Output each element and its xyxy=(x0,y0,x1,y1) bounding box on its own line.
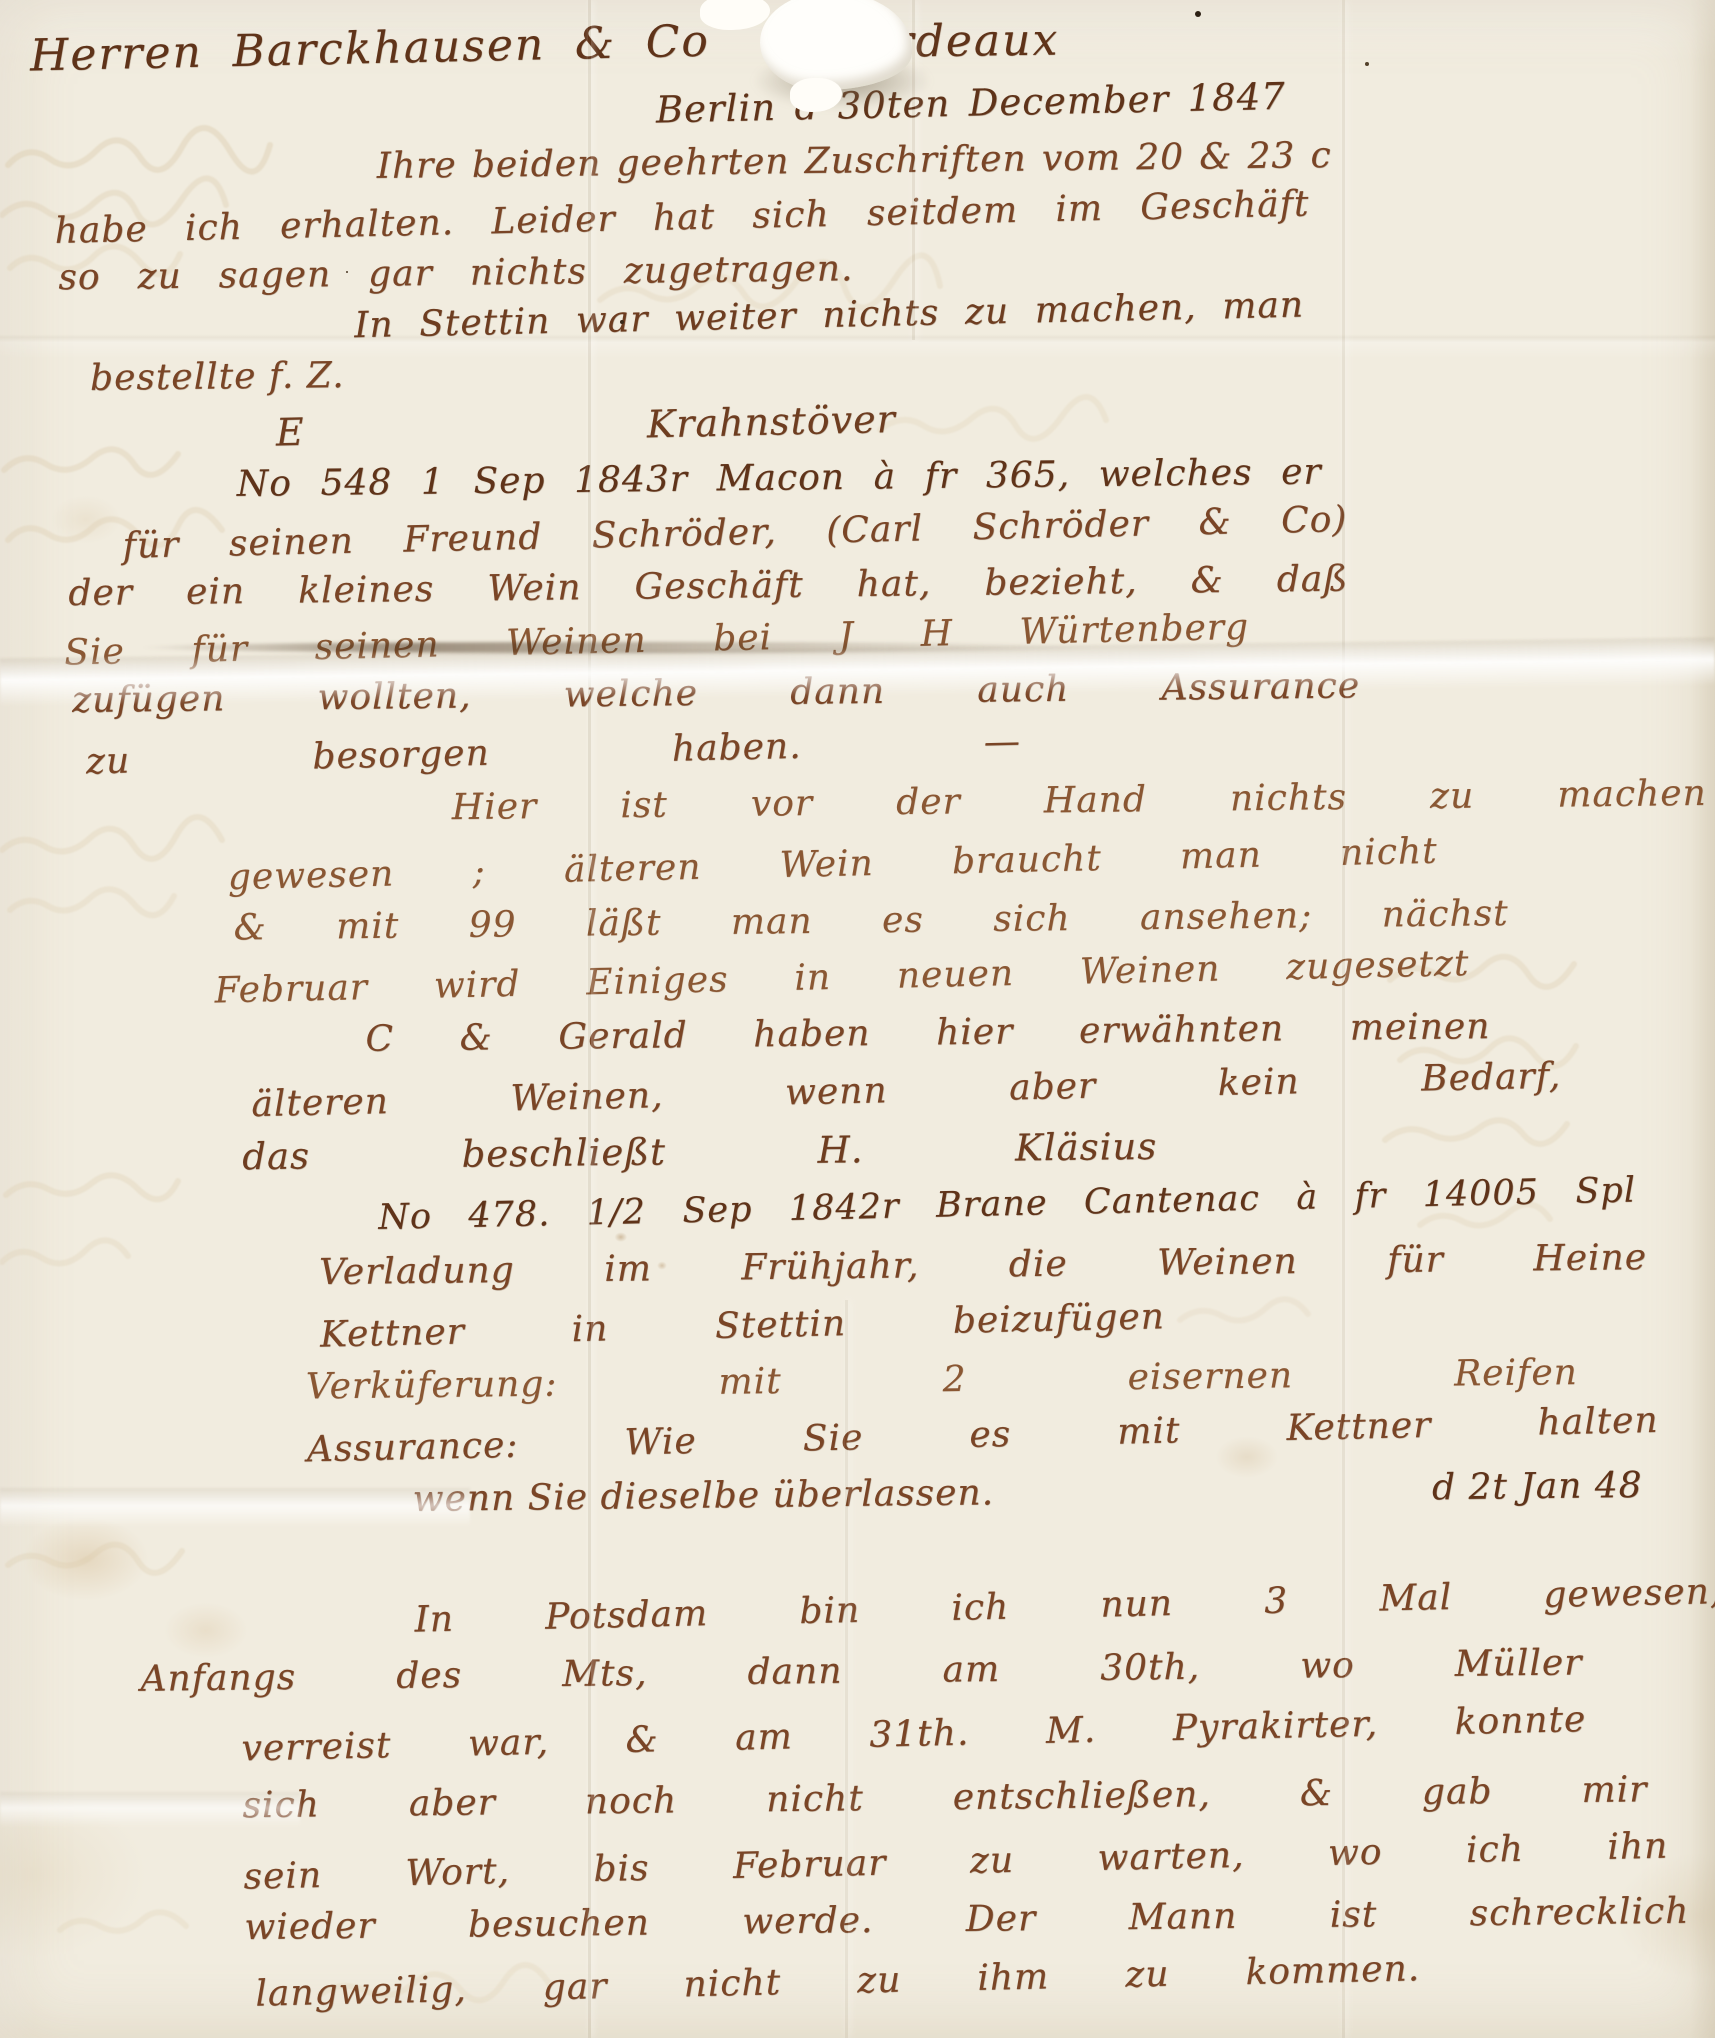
letter-line: älteren Weinen, wenn aber kein Bedarf, xyxy=(251,1055,1562,1132)
paper-hole xyxy=(760,0,912,90)
letter-line: No 478. 1/2 Sep 1842r Brane Cantenac à f… xyxy=(378,1170,1637,1245)
letter-line: das beschließt H. Kläsius xyxy=(242,1126,1157,1184)
ink-speck xyxy=(620,320,624,324)
letter-line: Anfangs des Mts, dann am 30th, wo Müller xyxy=(140,1642,1582,1706)
letter-line-with-date: wenn Sie dieselbe überlassen. d 2t Jan 4… xyxy=(412,1465,1642,1527)
letter-scan-page: Herren Barckhausen & Co Bordeaux Berlin … xyxy=(0,0,1715,2038)
letter-line: bestellte f. Z. xyxy=(90,355,361,406)
dateline: Berlin d 30ten December 1847 xyxy=(655,76,1286,138)
fold-crease-vertical xyxy=(588,0,591,2038)
letter-line: Kettner in Stettin beizufügen xyxy=(320,1296,1166,1362)
letter-line: Februar wird Einiges in neuen Weinen zug… xyxy=(214,943,1470,1018)
letter-line: habe ich erhalten. Leider hat sich seitd… xyxy=(54,184,1310,259)
letter-line: wenn Sie dieselbe überlassen. xyxy=(412,1472,994,1527)
fold-crease-vertical xyxy=(845,1300,848,2038)
recipient-line: Herren Barckhausen & Co xyxy=(29,17,710,80)
letter-line: Hier ist vor der Hand nichts zu machen xyxy=(452,773,1707,835)
letter-line: zu besorgen haben. — xyxy=(86,721,1022,789)
letter-line: gewesen ; älteren Wein braucht man nicht xyxy=(227,831,1438,905)
letter-line: In Potsdam bin ich nun 3 Mal gewesen, xyxy=(414,1571,1715,1648)
letter-line: verreist war, & am 31th. M. Pyrakirter, … xyxy=(241,1699,1587,1776)
letter-line: E Krahnstöver xyxy=(275,398,896,460)
fold-crease-vertical xyxy=(1342,0,1345,2038)
continuation-date: d 2t Jan 48 xyxy=(1432,1465,1643,1515)
letter-line: C & Gerald haben hier erwähnten meinen xyxy=(365,1006,1490,1067)
letter-line: Ihre beiden geehrten Zuschriften vom 20 … xyxy=(376,135,1331,194)
fold-smudge xyxy=(140,642,1100,653)
letter-body: Herren Barckhausen & Co Bordeaux Berlin … xyxy=(0,0,1715,2038)
fold-crease-vertical xyxy=(912,0,915,340)
letter-line: sich aber noch nicht entschließen, & gab… xyxy=(242,1769,1647,1833)
letter-line: Verladung im Frühjahr, die Weinen für He… xyxy=(319,1237,1647,1300)
letter-line: langweilig, gar nicht zu ihm zu kommen. xyxy=(255,1948,1421,2021)
letter-line: wieder besuchen werde. Der Mann ist schr… xyxy=(244,1891,1689,1955)
